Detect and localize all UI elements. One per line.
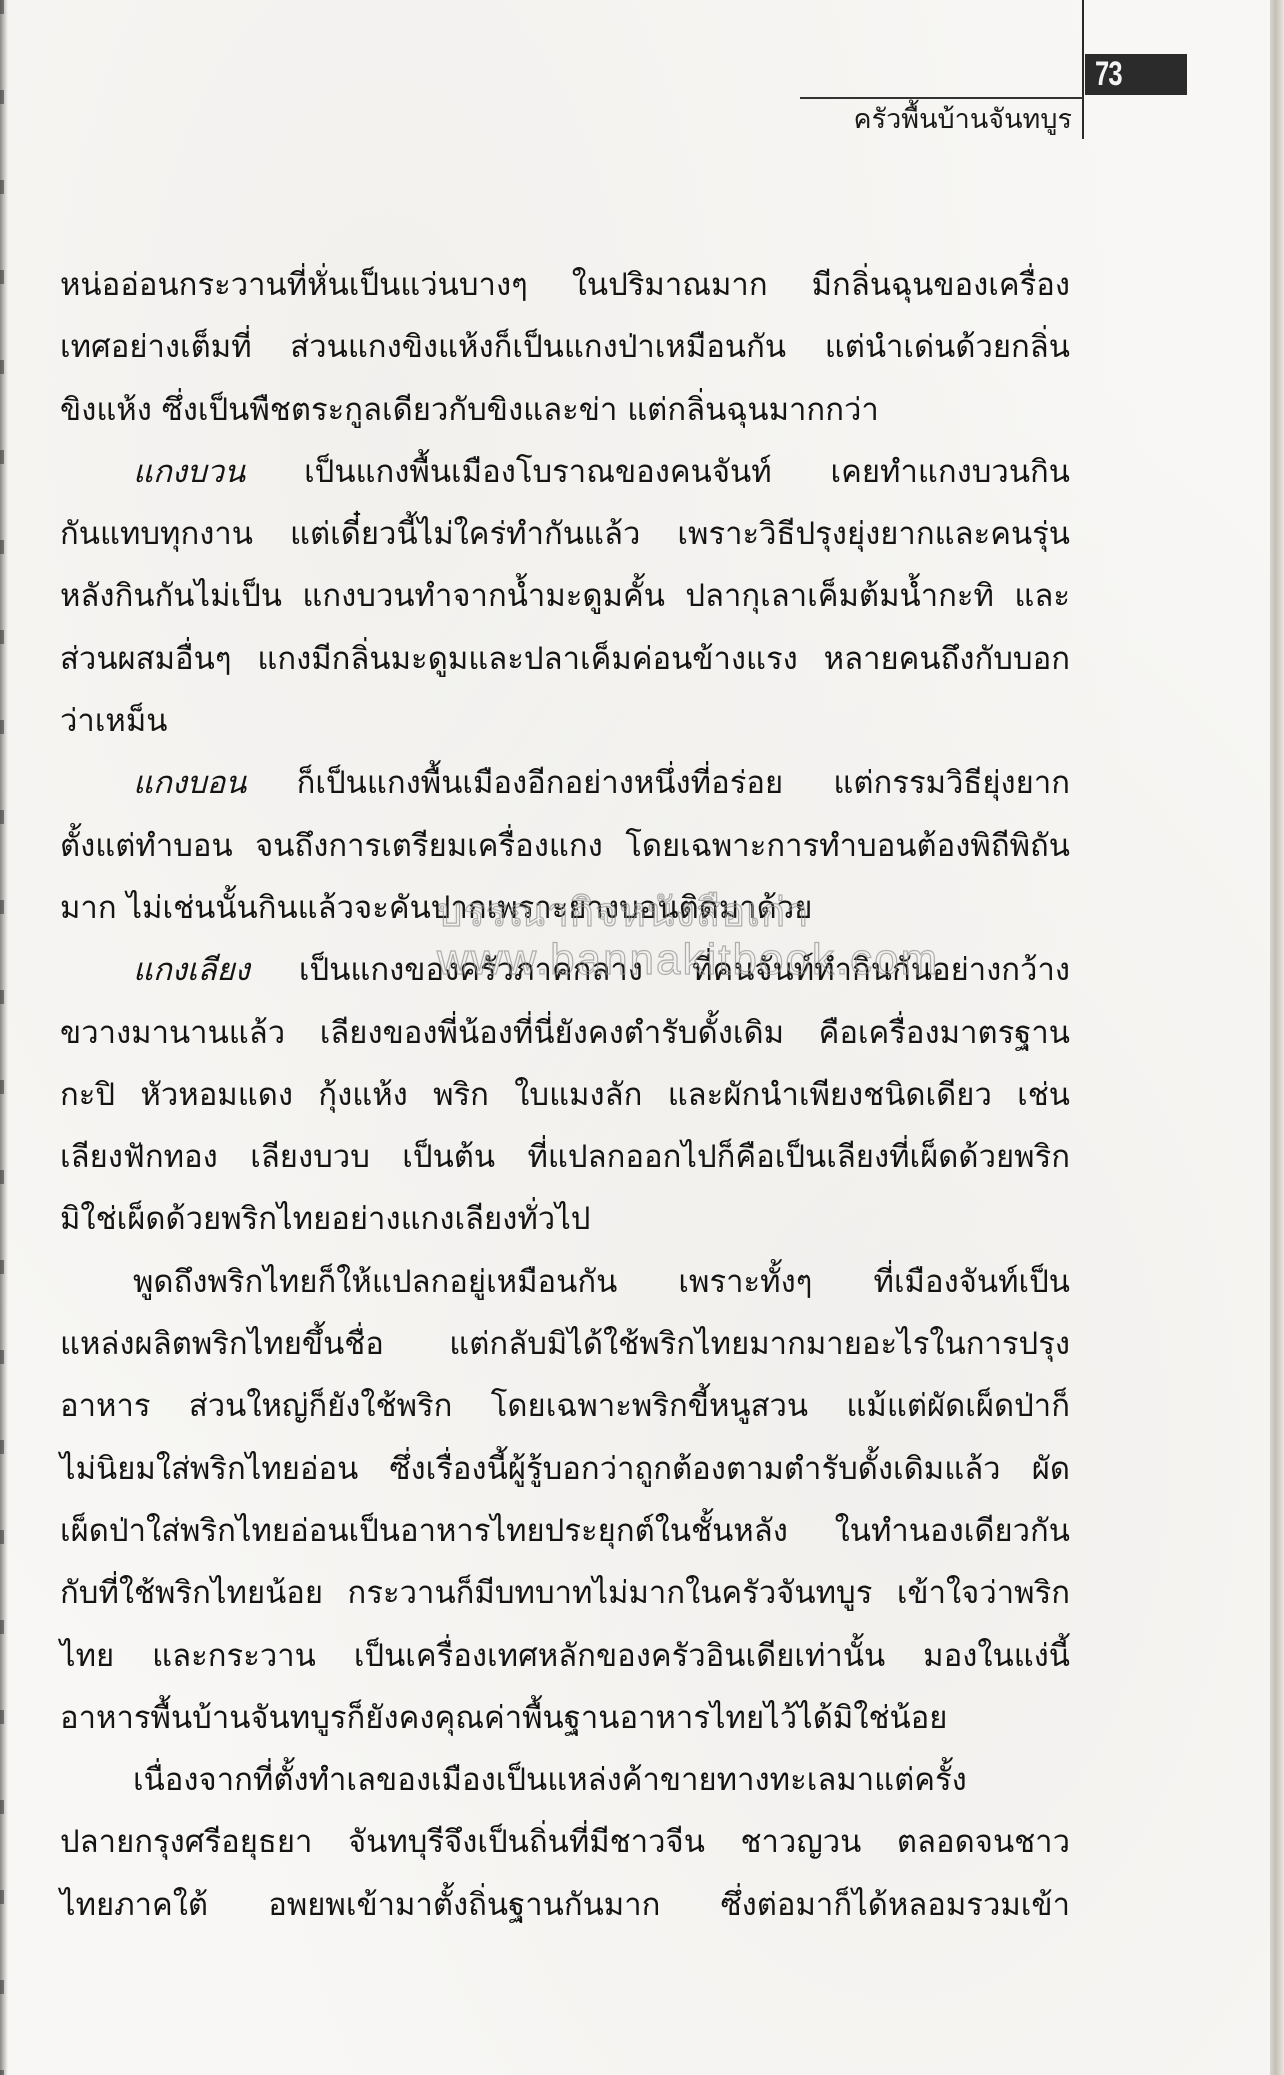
- dish-name: แกงบวน: [133, 454, 245, 490]
- text-line: มาก ไม่เช่นนั้นกินแล้วจะคันปากเพราะยางบอ…: [60, 877, 1070, 939]
- text-line: กับที่ใช้พริกไทยน้อย กระวานก็มีบทบาทไม่ม…: [60, 1562, 1070, 1624]
- text-line: ไทย และกระวาน เป็นเครื่องเทศหลักของครัวอ…: [60, 1625, 1070, 1687]
- text-line: ว่าเหม็น: [60, 690, 1070, 752]
- text-line: กะปิ หัวหอมแดง กุ้งแห้ง พริก ใบแมงลัก แล…: [60, 1064, 1070, 1126]
- text-line: หน่ออ่อนกระวานที่หั่นเป็นแว่นบางๆ ในปริม…: [60, 254, 1070, 316]
- next-page-edge: [1270, 0, 1284, 2075]
- text-line: ตั้งแต่ทำบอน จนถึงการเตรียมเครื่องแกง โด…: [60, 815, 1070, 877]
- text-line: แหล่งผลิตพริกไทยขึ้นชื่อ แต่กลับมิได้ใช้…: [60, 1313, 1070, 1375]
- text-line: กันแทบทุกงาน แต่เดี๋ยวนี้ไม่ใคร่ทำกันแล้…: [60, 503, 1070, 565]
- page-number-badge: 73: [1085, 54, 1187, 95]
- body-text: หน่ออ่อนกระวานที่หั่นเป็นแว่นบางๆ ในปริม…: [60, 254, 1070, 1936]
- text-line: เทศอย่างเต็มที่ ส่วนแกงขิงแห้งก็เป็นแกงป…: [60, 316, 1070, 378]
- text-line: ขวางมานานแล้ว เลียงของพี่น้องที่นี่ยังคง…: [60, 1002, 1070, 1064]
- running-title: ครัวพื้นบ้านจันทบูร: [854, 100, 1072, 140]
- header-vertical-rule: [1082, 0, 1084, 139]
- text-line: อาหารพื้นบ้านจันทบูรก็ยังคงคุณค่าพื้นฐาน…: [60, 1687, 1070, 1749]
- text-line: เผ็ดป่าใส่พริกไทยอ่อนเป็นอาหารไทยประยุกต…: [60, 1500, 1070, 1562]
- header-horizontal-rule: [800, 97, 1084, 99]
- dish-name: แกงเลียง: [133, 952, 250, 988]
- text-line: อาหาร ส่วนใหญ่ก็ยังใช้พริก โดยเฉพาะพริกข…: [60, 1375, 1070, 1437]
- page-number: 73: [1095, 54, 1122, 95]
- page-edge-marks: [0, 0, 4, 2075]
- text-line: แกงบอน ก็เป็นแกงพื้นเมืองอีกอย่างหนึ่งที…: [60, 752, 1070, 814]
- text-line: มิใช่เผ็ดด้วยพริกไทยอย่างแกงเลียงทั่วไป: [60, 1188, 1070, 1250]
- text-line: แกงเลียง เป็นแกงของครัวภาคกลาง ที่คนจันท…: [60, 939, 1070, 1001]
- text-line: ไทยภาคใต้ อพยพเข้ามาตั้งถิ่นฐานกันมาก ซึ…: [60, 1874, 1070, 1936]
- text-line: เนื่องจากที่ตั้งทำเลของเมืองเป็นแหล่งค้า…: [60, 1749, 1070, 1811]
- text-line: แกงบวน เป็นแกงพื้นเมืองโบราณของคนจันท์ เ…: [60, 441, 1070, 503]
- text-line: ส่วนผสมอื่นๆ แกงมีกลิ่นมะดูมและปลาเค็มค่…: [60, 628, 1070, 690]
- book-page: 73 ครัวพื้นบ้านจันทบูร หน่ออ่อนกระวานที่…: [0, 0, 1284, 2075]
- text-line: ปลายกรุงศรีอยุธยา จันทบุรีจึงเป็นถิ่นที่…: [60, 1811, 1070, 1873]
- text-line: ไม่นิยมใส่พริกไทยอ่อน ซึ่งเรื่องนี้ผู้รู…: [60, 1438, 1070, 1500]
- text-line: ขิงแห้ง ซึ่งเป็นพืชตระกูลเดียวกับขิงและข…: [60, 379, 1070, 441]
- text-line: หลังกินกันไม่เป็น แกงบวนทำจากน้ำมะดูมคั้…: [60, 565, 1070, 627]
- dish-name: แกงบอน: [133, 765, 246, 801]
- text-line: เลียงฟักทอง เลียงบวบ เป็นต้น ที่แปลกออกไ…: [60, 1126, 1070, 1188]
- text-line: พูดถึงพริกไทยก็ให้แปลกอยู่เหมือนกัน เพรา…: [60, 1251, 1070, 1313]
